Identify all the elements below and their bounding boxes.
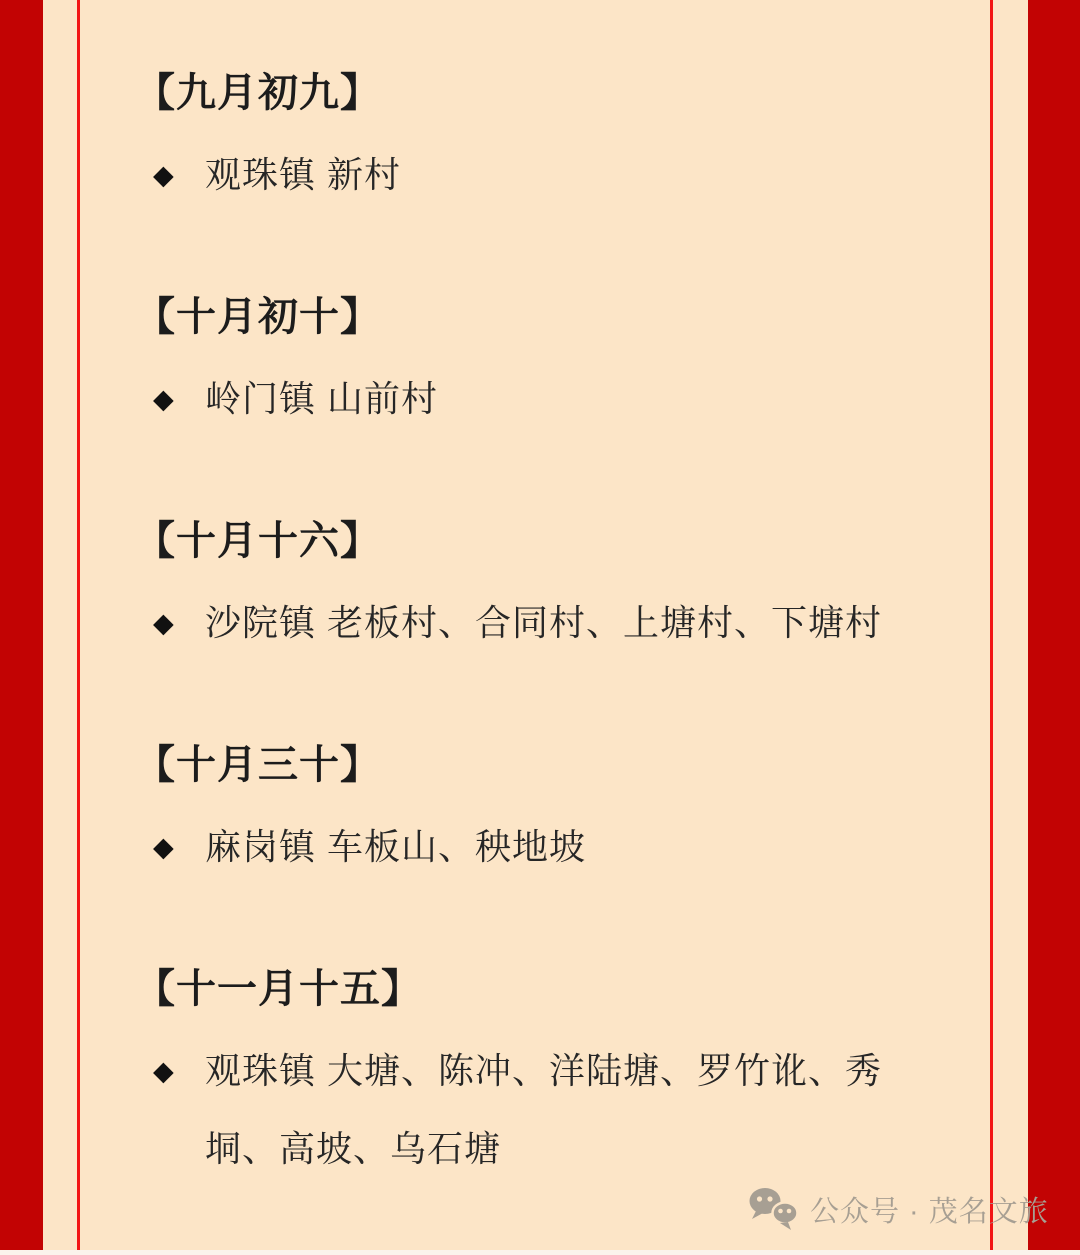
village-list-item: ◆ 观珠镇 新村: [153, 136, 987, 214]
village-names: 观珠镇 大塘、陈冲、洋陆塘、罗竹讹、秀 垌、高坡、乌石塘: [205, 1032, 882, 1188]
village-names: 岭门镇 山前村: [205, 360, 438, 438]
village-names: 麻岗镇 车板山、秧地坡: [205, 808, 586, 886]
village-names: 沙院镇 老板村、合同村、上塘村、下塘村: [205, 584, 882, 662]
village-line: 沙院镇 老板村、合同村、上塘村、下塘村: [205, 584, 882, 662]
village-list-item: ◆ 观珠镇 大塘、陈冲、洋陆塘、罗竹讹、秀 垌、高坡、乌石塘: [153, 1032, 987, 1188]
wechat-icon: [748, 1186, 802, 1232]
festival-section: 【九月初九】 ◆ 观珠镇 新村: [135, 64, 987, 214]
village-list-item: ◆ 沙院镇 老板村、合同村、上塘村、下塘村: [153, 584, 987, 662]
diamond-bullet-icon: ◆: [153, 360, 205, 438]
left-red-band: [0, 0, 43, 1255]
village-line: 垌、高坡、乌石塘: [205, 1110, 882, 1188]
watermark-label: 公众号 · 茂名文旅: [810, 1189, 1049, 1230]
diamond-bullet-icon: ◆: [153, 808, 205, 886]
poster: 【九月初九】 ◆ 观珠镇 新村 【十月初十】 ◆ 岭门镇 山前村 【十月十六】 …: [0, 0, 1080, 1255]
diamond-bullet-icon: ◆: [153, 584, 205, 662]
wechat-watermark: 公众号 · 茂名文旅: [748, 1186, 1049, 1232]
date-heading: 【十月三十】: [135, 736, 987, 794]
date-heading: 【十月十六】: [135, 512, 987, 570]
village-line: 观珠镇 新村: [205, 136, 401, 214]
village-line: 观珠镇 大塘、陈冲、洋陆塘、罗竹讹、秀: [205, 1032, 882, 1110]
village-line: 麻岗镇 车板山、秧地坡: [205, 808, 586, 886]
date-heading: 【九月初九】: [135, 64, 987, 122]
date-heading: 【十一月十五】: [135, 960, 987, 1018]
village-list-item: ◆ 岭门镇 山前村: [153, 360, 987, 438]
diamond-bullet-icon: ◆: [153, 1032, 205, 1110]
village-line: 岭门镇 山前村: [205, 360, 438, 438]
right-red-band: [1028, 0, 1080, 1255]
village-names: 观珠镇 新村: [205, 136, 401, 214]
schedule-list: 【九月初九】 ◆ 观珠镇 新村 【十月初十】 ◆ 岭门镇 山前村 【十月十六】 …: [80, 0, 987, 1255]
festival-section: 【十一月十五】 ◆ 观珠镇 大塘、陈冲、洋陆塘、罗竹讹、秀 垌、高坡、乌石塘: [135, 960, 987, 1188]
diamond-bullet-icon: ◆: [153, 136, 205, 214]
festival-section: 【十月三十】 ◆ 麻岗镇 车板山、秧地坡: [135, 736, 987, 886]
date-heading: 【十月初十】: [135, 288, 987, 346]
bottom-edge: [0, 1250, 1080, 1255]
festival-section: 【十月十六】 ◆ 沙院镇 老板村、合同村、上塘村、下塘村: [135, 512, 987, 662]
village-list-item: ◆ 麻岗镇 车板山、秧地坡: [153, 808, 987, 886]
festival-section: 【十月初十】 ◆ 岭门镇 山前村: [135, 288, 987, 438]
right-red-rule: [990, 0, 993, 1255]
